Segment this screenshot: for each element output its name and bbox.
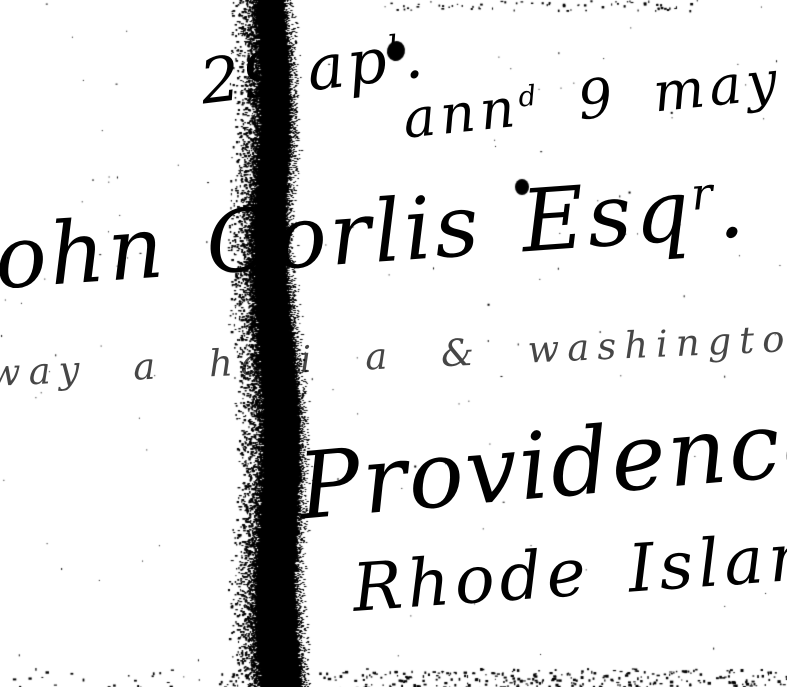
city-name: Providence [294, 387, 787, 541]
faint-inscription: way a havi a & washington [0, 316, 787, 395]
date-annotation-period: . [398, 18, 429, 93]
date-annotation-text: 29 ap [196, 23, 394, 119]
addressee-name: John Corlis Esq [0, 161, 696, 312]
city-line: Providence [294, 387, 787, 541]
state-name: Rhode Islan [350, 518, 787, 627]
answered-annotation-date: 9 may [539, 48, 785, 136]
addressee-period: . [713, 157, 750, 259]
scanned-letter-page: 29 apl. annd 9 may John Corlis Esqr. way… [0, 0, 787, 687]
answered-annotation-superscript: d [517, 78, 543, 113]
date-annotation: 29 apl. [196, 18, 430, 118]
state-line: Rhode Islan [350, 518, 787, 627]
answered-annotation-text: ann [400, 76, 523, 151]
addressee-line: John Corlis Esqr. [0, 157, 750, 312]
addressee-title-superscript: r [689, 166, 717, 221]
faint-inscription-text: way a havi a & washington [0, 316, 787, 395]
answered-annotation: annd 9 may [400, 48, 785, 150]
